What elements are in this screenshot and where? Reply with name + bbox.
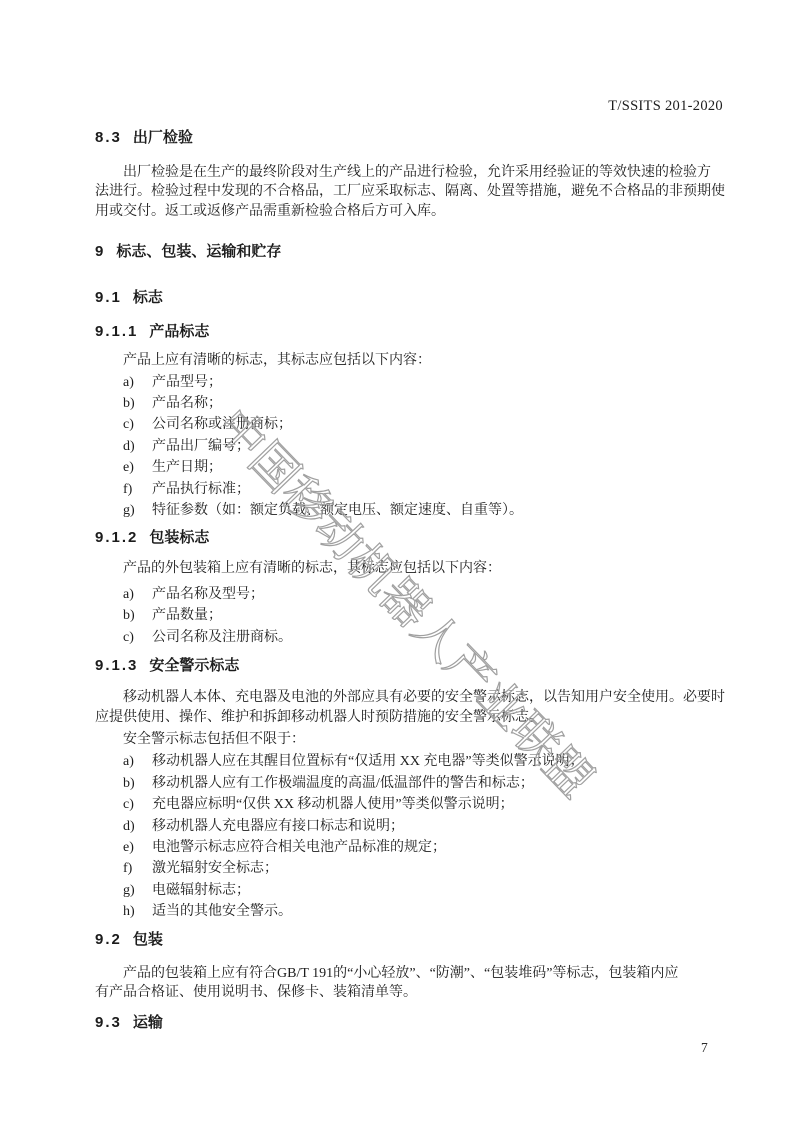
list-item-text: 电池警示标志应符合相关电池产品标准的规定； (152, 840, 446, 855)
clause-9-1-2-heading: 9.1.2包装标志 (95, 529, 723, 547)
clause-title: 标志、包装、运输和贮存 (116, 243, 281, 260)
list-item-label: e) (123, 837, 152, 858)
list-item-c: c)充电器应标明“仅供 XX 移动机器人使用”等类似警示说明； (95, 794, 723, 815)
clause-9-heading: 9标志、包装、运输和贮存 (95, 243, 723, 261)
document-page: T/SSITS 201-2020 8.3出厂检验 出厂检验是在生产的最终阶段对生… (0, 0, 800, 1132)
list-item-c: c)公司名称或注册商标； (95, 414, 723, 435)
paragraph-9-2: 产品的包装箱上应有符合GB/T 191的“小心轻放”、“防潮”、“包装堆码”等标… (95, 964, 723, 1003)
list-item-e: e)电池警示标志应符合相关电池产品标准的规定； (95, 837, 723, 858)
list-item-d: d)产品出厂编号； (95, 436, 723, 457)
clause-9-1-heading: 9.1标志 (95, 289, 723, 307)
list-item-label: a) (123, 751, 152, 772)
clause-number: 9 (95, 243, 105, 260)
list-item-text: 激光辐射安全标志； (152, 861, 278, 876)
clause-title: 安全警示标志 (149, 657, 239, 674)
list-item-text: 适当的其他安全警示。 (152, 904, 292, 919)
paragraph-line: 出厂检验是在生产的最终阶段对生产线上的产品进行检验，允许采用经验证的等效快速的检… (95, 163, 723, 182)
list-item-text: 产品出厂编号； (152, 439, 250, 454)
list-item-label: c) (123, 414, 152, 435)
list-item-b: b)产品数量； (95, 605, 723, 626)
list-item-label: b) (123, 773, 152, 794)
list-item-g: g)特征参数（如：额定负载、额定电压、额定速度、自重等）。 (95, 500, 723, 521)
list-item-text: 充电器应标明“仅供 XX 移动机器人使用”等类似警示说明； (152, 797, 514, 812)
clause-title: 出厂检验 (133, 129, 193, 146)
clause-9-2-heading: 9.2包装 (95, 931, 723, 949)
list-item-text: 公司名称或注册商标； (152, 417, 292, 432)
clause-title: 产品标志 (149, 323, 209, 340)
list-item-b: b)移动机器人应有工作极端温度的高温/低温部件的警告和标志； (95, 773, 723, 794)
paragraph-9-1-3: 移动机器人本体、充电器及电池的外部应具有必要的安全警示标志，以告知用户安全使用。… (95, 688, 723, 727)
paragraph-line: 有产品合格证、使用说明书、保修卡、装箱清单等。 (95, 983, 723, 1002)
list-item-label: c) (123, 794, 152, 815)
list-item-label: d) (123, 436, 152, 457)
list-item-text: 产品名称及型号； (152, 587, 264, 602)
list-item-label: g) (123, 500, 152, 521)
list-item-text: 移动机器人应有工作极端温度的高温/低温部件的警告和标志； (152, 776, 534, 791)
list-item-text: 产品执行标准； (152, 482, 250, 497)
clause-title: 运输 (133, 1014, 163, 1031)
list-item-label: g) (123, 880, 152, 901)
list-item-label: c) (123, 627, 152, 648)
clause-number: 8.3 (95, 129, 122, 146)
clause-title: 标志 (133, 289, 163, 306)
list-item-label: b) (123, 605, 152, 626)
paragraph-line: 移动机器人本体、充电器及电池的外部应具有必要的安全警示标志，以告知用户安全使用。… (95, 688, 723, 707)
list-9-1-2: a)产品名称及型号； b)产品数量； c)公司名称及注册商标。 (95, 584, 723, 648)
paragraph-line: 产品的包装箱上应有符合GB/T 191的“小心轻放”、“防潮”、“包装堆码”等标… (95, 964, 723, 983)
paragraph-line: 安全警示标志包括但不限于： (95, 730, 723, 749)
list-item-b: b)产品名称； (95, 393, 723, 414)
list-item-label: a) (123, 584, 152, 605)
list-item-label: d) (123, 816, 152, 837)
page-number: 7 (701, 1041, 708, 1055)
paragraph-9-1-1-intro: 产品上应有清晰的标志，其标志应包括以下内容： (95, 351, 723, 370)
paragraph-line: 法进行。检验过程中发现的不合格品，工厂应采取标志、隔离、处置等措施，避免不合格品… (95, 182, 723, 201)
clause-number: 9.1.3 (95, 657, 138, 674)
list-item-label: a) (123, 372, 152, 393)
list-9-1-3: a)移动机器人应在其醒目位置标有“仅适用 XX 充电器”等类似警示说明； b)移… (95, 751, 723, 922)
paragraph-line: 用或交付。返工或返修产品需重新检验合格后方可入库。 (95, 202, 723, 221)
list-item-a: a)产品型号； (95, 372, 723, 393)
paragraph-line: 产品的外包装箱上应有清晰的标志，其标志应包括以下内容： (95, 559, 723, 578)
clause-number: 9.2 (95, 931, 122, 948)
list-item-a: a)产品名称及型号； (95, 584, 723, 605)
list-item-e: e)生产日期； (95, 457, 723, 478)
list-item-text: 电磁辐射标志； (152, 883, 250, 898)
clause-title: 包装 (133, 931, 163, 948)
list-item-text: 产品型号； (152, 375, 222, 390)
list-item-text: 公司名称及注册商标。 (152, 630, 292, 645)
clause-title: 包装标志 (149, 529, 209, 546)
list-item-h: h)适当的其他安全警示。 (95, 901, 723, 922)
list-item-c: c)公司名称及注册商标。 (95, 627, 723, 648)
clause-9-1-3-heading: 9.1.3安全警示标志 (95, 657, 723, 675)
paragraph-9-1-2-intro: 产品的外包装箱上应有清晰的标志，其标志应包括以下内容： (95, 559, 723, 578)
document-body: T/SSITS 201-2020 8.3出厂检验 出厂检验是在生产的最终阶段对生… (95, 99, 723, 1032)
list-item-a: a)移动机器人应在其醒目位置标有“仅适用 XX 充电器”等类似警示说明； (95, 751, 723, 772)
list-item-text: 产品名称； (152, 396, 222, 411)
paragraph-line: 产品上应有清晰的标志，其标志应包括以下内容： (95, 351, 723, 370)
list-item-text: 移动机器人充电器应有接口标志和说明； (152, 819, 404, 834)
list-item-text: 产品数量； (152, 608, 222, 623)
list-item-g: g)电磁辐射标志； (95, 880, 723, 901)
list-item-f: f)激光辐射安全标志； (95, 858, 723, 879)
paragraph-9-1-3-lead-in: 安全警示标志包括但不限于： (95, 730, 723, 749)
standard-ref: T/SSITS 201-2020 (95, 99, 723, 114)
clause-number: 9.3 (95, 1014, 122, 1031)
paragraph-8-3: 出厂检验是在生产的最终阶段对生产线上的产品进行检验，允许采用经验证的等效快速的检… (95, 163, 723, 221)
clause-number: 9.1.2 (95, 529, 138, 546)
clause-number: 9.1 (95, 289, 122, 306)
list-item-label: b) (123, 393, 152, 414)
list-item-label: f) (123, 858, 152, 879)
clause-9-3-heading: 9.3运输 (95, 1014, 723, 1032)
clause-number: 9.1.1 (95, 323, 138, 340)
list-item-label: f) (123, 479, 152, 500)
list-item-text: 生产日期； (152, 460, 222, 475)
list-item-label: h) (123, 901, 152, 922)
list-9-1-1: a)产品型号； b)产品名称； c)公司名称或注册商标； d)产品出厂编号； e… (95, 372, 723, 522)
list-item-label: e) (123, 457, 152, 478)
list-item-text: 特征参数（如：额定负载、额定电压、额定速度、自重等）。 (152, 503, 523, 518)
list-item-f: f)产品执行标准； (95, 479, 723, 500)
paragraph-line: 应提供使用、操作、维护和拆卸移动机器人时预防措施的安全警示标志。 (95, 708, 723, 727)
clause-8-3-heading: 8.3出厂检验 (95, 129, 723, 147)
clause-9-1-1-heading: 9.1.1产品标志 (95, 323, 723, 341)
list-item-d: d)移动机器人充电器应有接口标志和说明； (95, 816, 723, 837)
list-item-text: 移动机器人应在其醒目位置标有“仅适用 XX 充电器”等类似警示说明； (152, 754, 584, 769)
